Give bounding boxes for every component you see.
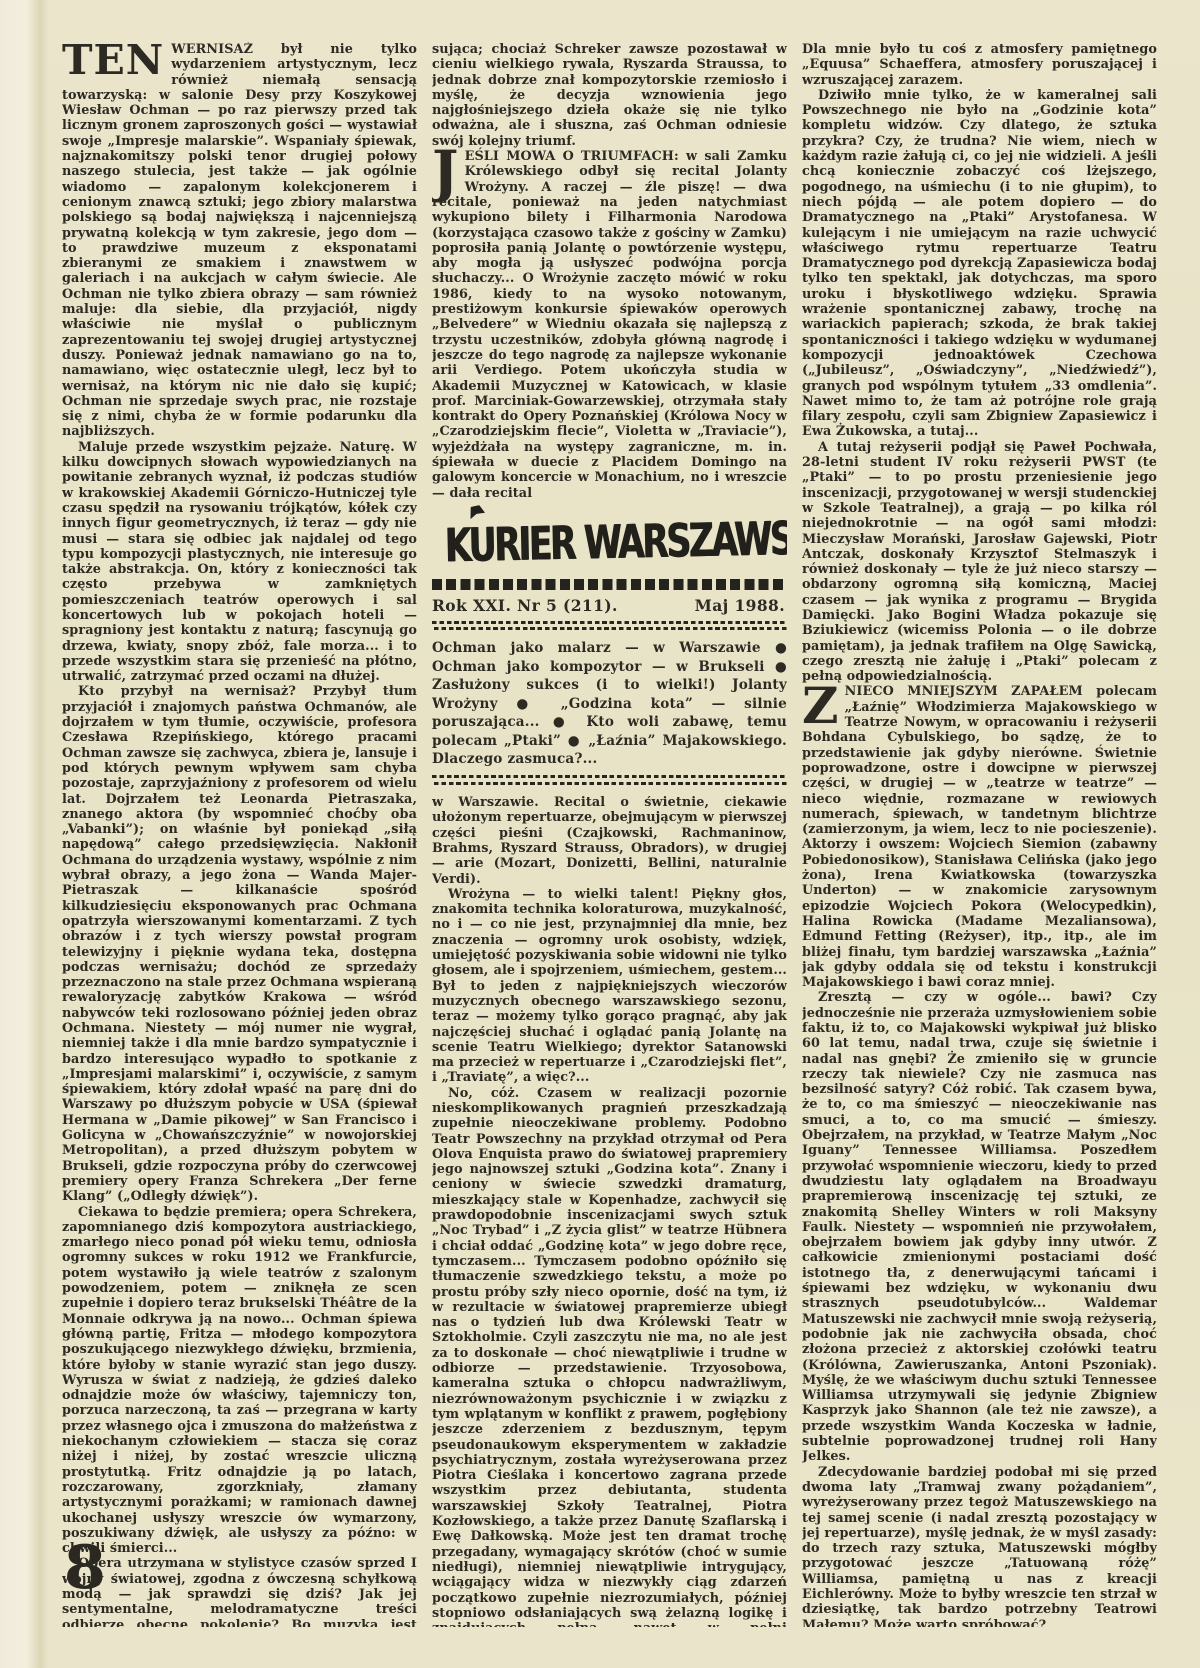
masthead-teaser: Ochman jako malarz — w Warszawie ● Ochma… (432, 639, 787, 769)
masthead: KURIER WARSZAWSKI Rok XXI. Nr 5 (211). M… (432, 515, 787, 785)
dashed-divider (432, 775, 787, 785)
article-paragraph: Kto przybył na wernisaż? Przybył tłum pr… (62, 684, 417, 1204)
article-paragraph: A tutaj reżyserii podjął się Paweł Pochw… (802, 440, 1157, 685)
article-paragraph: Ciekawa to będzie premiera; opera Schrek… (62, 1205, 417, 1557)
dropcap-z: Z (802, 684, 845, 726)
article-paragraph: Zdecydowanie bardziej podobał mi się prz… (802, 1465, 1157, 1627)
squares-divider (432, 579, 787, 590)
article-paragraph: TENWERNISAŻ był nie tylko wydarzeniem ar… (62, 42, 417, 440)
article-paragraph: Opera utrzymana w stylistyce czasów sprz… (62, 1556, 417, 1627)
article-paragraph: Maluje przede wszystkim pejzaże. Naturę.… (62, 440, 417, 685)
article-paragraph: No, cóż. Czasem w realizacji pozornie ni… (432, 1086, 787, 1627)
article-paragraph: w Warszawie. Recital o świetnie, ciekawi… (432, 795, 787, 887)
article-paragraph: Dziwiło mnie tylko, że w kameralnej sali… (802, 88, 1157, 440)
article-paragraph: Wrożyna — to wielki talent! Piękny głos,… (432, 887, 787, 1086)
issue-row: Rok XXI. Nr 5 (211). Maj 1988. (432, 595, 787, 619)
paragraph-text: NIECO MNIEJSZYM ZAPAŁEM polecam „Łaźnię”… (802, 684, 1157, 990)
article-paragraph: Dla mnie było tu coś z atmosfery pamiętn… (802, 42, 1157, 88)
article-paragraph: sująca; chociaż Schreker zawsze pozostaw… (432, 42, 787, 149)
article-paragraph: ZNIECO MNIEJSZYM ZAPAŁEM polecam „Łaźnię… (802, 684, 1157, 990)
page-number: 8 (64, 1538, 106, 1598)
dashed-divider (432, 621, 787, 631)
issue-number: Rok XXI. Nr 5 (211). (432, 596, 618, 615)
paragraph-text: WERNISAŻ był nie tylko wydarzeniem artys… (62, 42, 417, 439)
article-paragraph: JEŚLI MOWA O TRIUMFACH: w sali Zamku Kró… (432, 149, 787, 501)
issue-date: Maj 1988. (695, 596, 785, 615)
column-2: sująca; chociaż Schreker zawsze pozostaw… (432, 42, 787, 1627)
dropcap-ten: TEN (62, 42, 171, 77)
newspaper-page: TENWERNISAŻ był nie tylko wydarzeniem ar… (0, 0, 1200, 1668)
dropcap-j: J (432, 149, 465, 193)
article-content: TENWERNISAŻ był nie tylko wydarzeniem ar… (62, 42, 1156, 1627)
article-paragraph: Zresztą — czy w ogóle... bawi? Czy jedno… (802, 990, 1157, 1464)
paragraph-text: EŚLI MOWA O TRIUMFACH: w sali Zamku Król… (432, 149, 787, 501)
masthead-title: KURIER WARSZAWSKI (444, 511, 787, 573)
column-3: Dla mnie było tu coś z atmosfery pamiętn… (802, 42, 1157, 1627)
scan-left-edge (0, 0, 48, 1668)
masthead-logo: KURIER WARSZAWSKI (434, 515, 787, 573)
column-1: TENWERNISAŻ był nie tylko wydarzeniem ar… (62, 42, 417, 1627)
